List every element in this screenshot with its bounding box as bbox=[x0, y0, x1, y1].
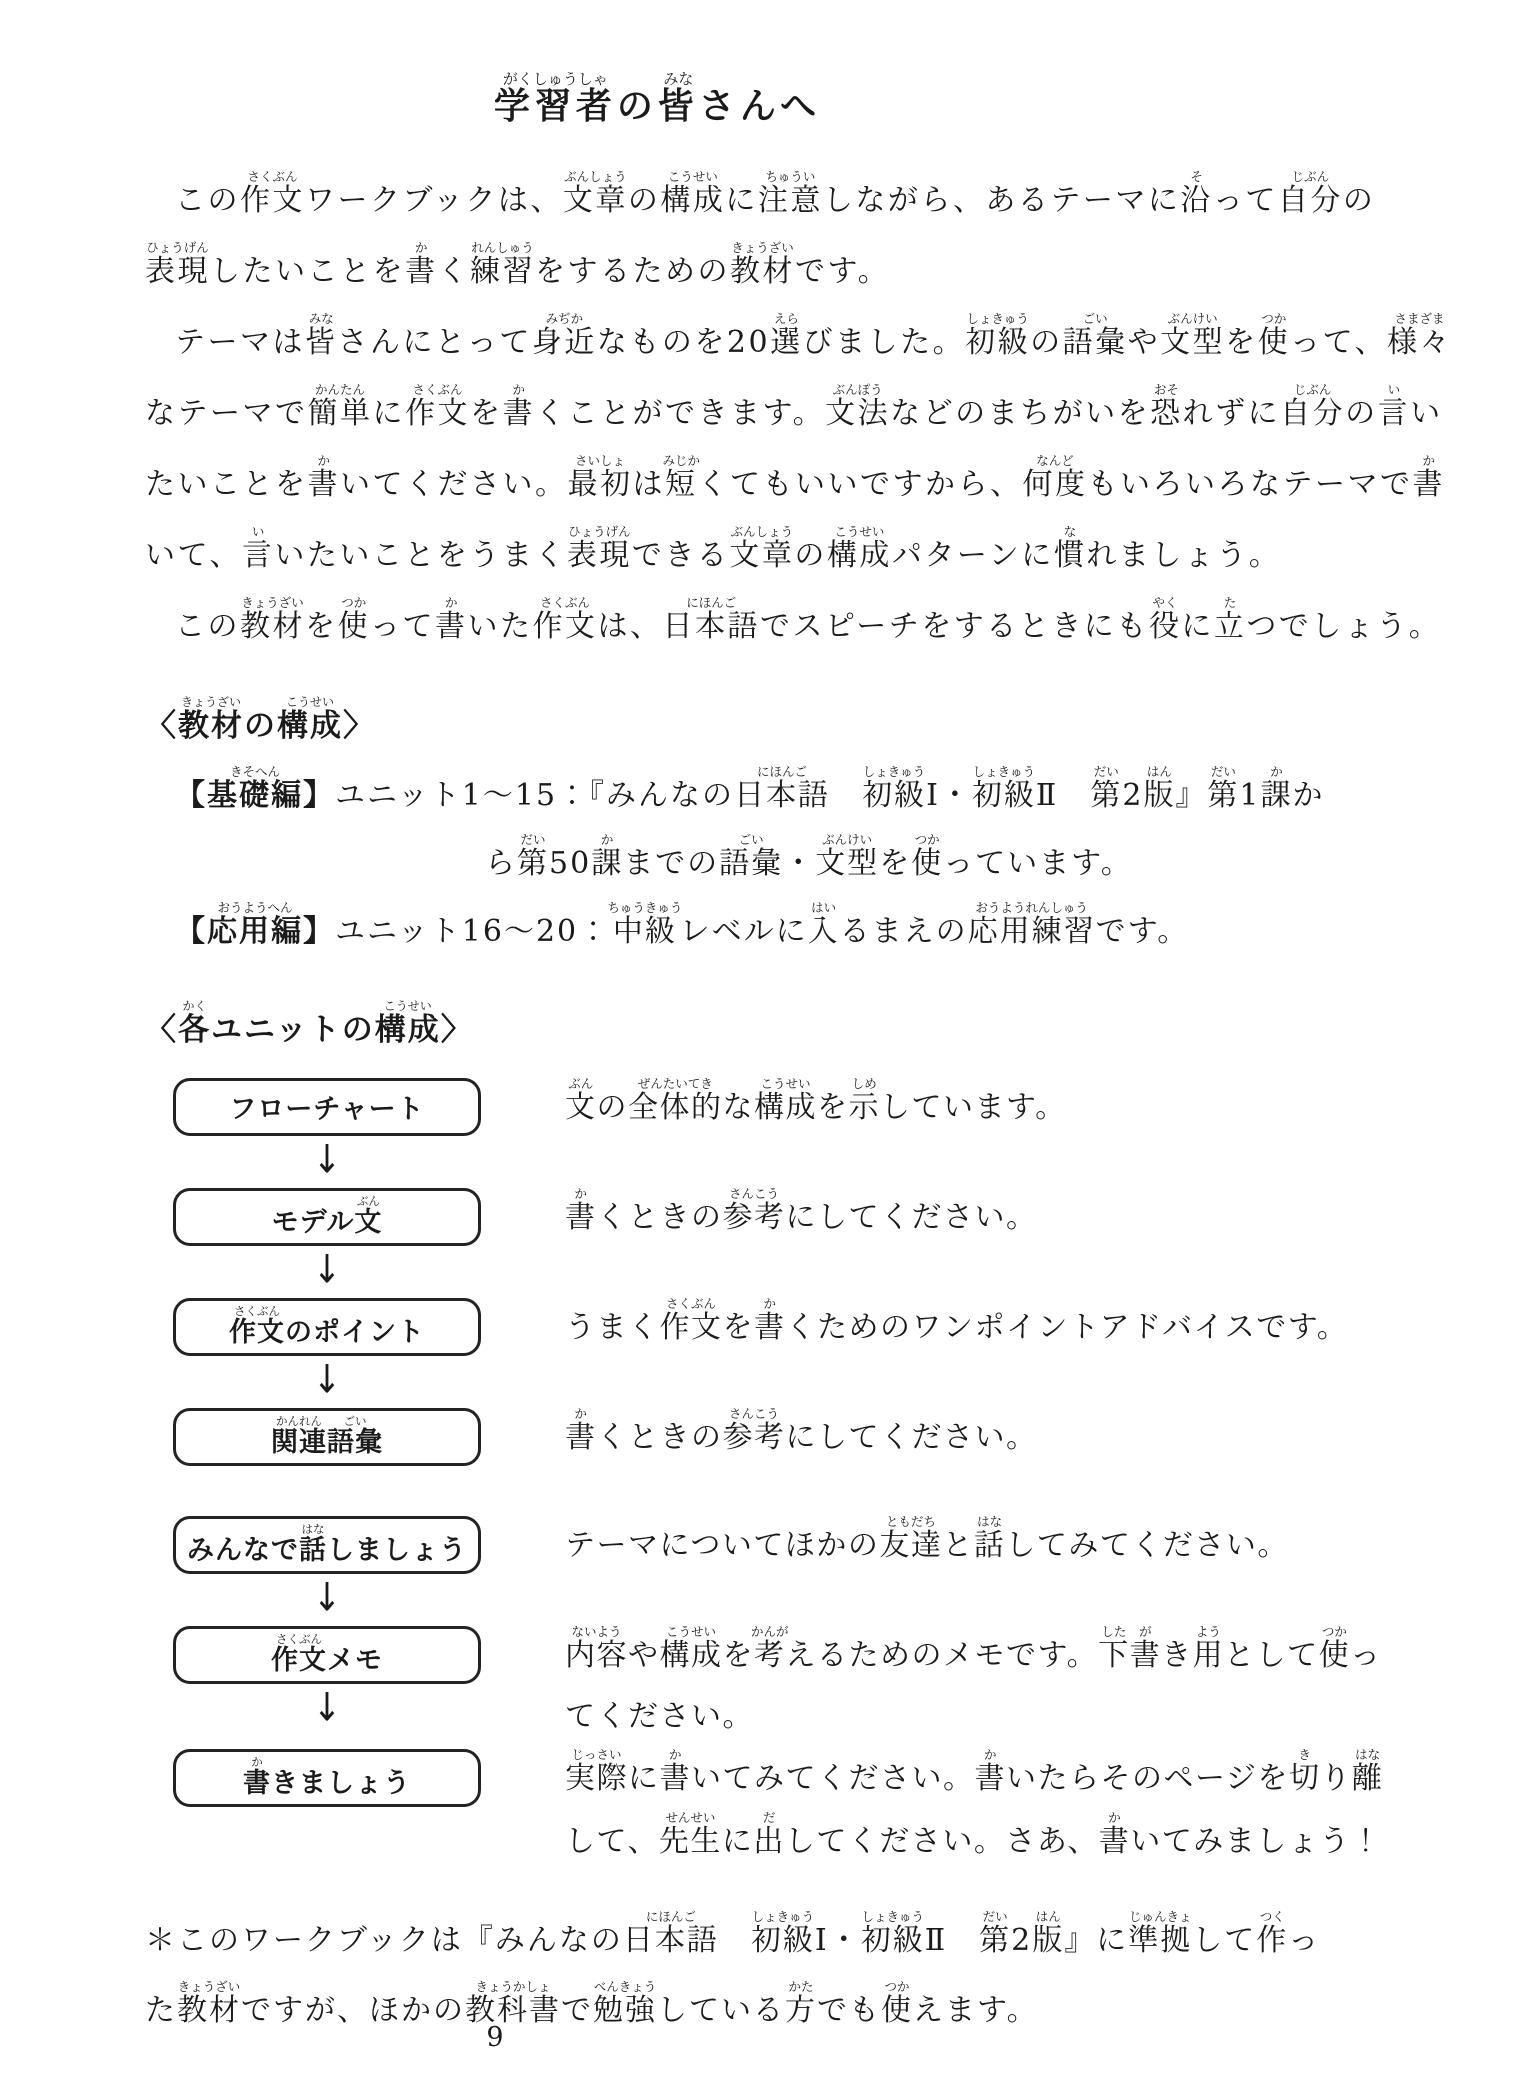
intro-line: たいことを書かいてください。最初さいしょは短みじかくてもいいですから、何度なんど… bbox=[145, 449, 1400, 520]
materials-structure-heading: 〈教材きょうざいの構成こうせい〉 bbox=[145, 690, 1400, 762]
intro-line: この教材きょうざいを使つかって書かいた作文さくぶんは、日本語にほんごでスピーチを… bbox=[145, 591, 1400, 662]
down-arrow-icon: ↓ bbox=[173, 1356, 481, 1407]
materials-applied-line: 【応用編おうようへん】ユニット16〜20：中級ちゅうきゅうレベルに入はいるまえの… bbox=[145, 898, 1400, 966]
flow-box-writing-points: 作文さくぶんのポイント bbox=[173, 1298, 481, 1356]
flow-desc-composition-memo-continuation: てください。 bbox=[565, 1688, 1400, 1745]
flow-box-label: 作文さくぶんのポイント bbox=[229, 1304, 425, 1349]
intro-section: この作文さくぶんワークブックは、文章ぶんしょうの構成こうせいに注意ちゅういしなが… bbox=[145, 165, 1400, 662]
materials-section: 【基礎編きそへん】ユニット1〜15：『みんなの日本語にほんご 初級しょきゅうⅠ・… bbox=[145, 762, 1400, 966]
flow-box-label: モデル文ぶん bbox=[272, 1194, 383, 1239]
intro-line: テーマは皆みなさんにとって身近みぢかなものを20選えらびました。初級しょきゅうの… bbox=[145, 307, 1400, 378]
flow-box-label: 書かきましょう bbox=[243, 1755, 411, 1800]
intro-line: この作文さくぶんワークブックは、文章ぶんしょうの構成こうせいに注意ちゅういしなが… bbox=[145, 165, 1400, 236]
intro-line: なテーマで簡単かんたんに作文さくぶんを書かくことができます。文法ぶんぽうなどのま… bbox=[145, 378, 1400, 449]
flow-box-label: みんなで話はなしましょう bbox=[187, 1522, 467, 1567]
down-arrow-icon: ↓ bbox=[173, 1246, 481, 1297]
footnote-line: ＊このワークブックは『みんなの日本語にほんご 初級しょきゅうⅠ・初級しょきゅうⅡ… bbox=[145, 1906, 1400, 1976]
flow-box-lets-talk: みんなで話はなしましょう bbox=[173, 1516, 481, 1574]
materials-basic-continuation: ら第だい50課かまでの語彙ごい・文型ぶんけいを使つかっています。 bbox=[145, 830, 1400, 898]
flow-box-model-text: モデル文ぶん bbox=[173, 1188, 481, 1246]
flow-desc-flowchart: 文ぶんの全体的ぜんたいてきな構成こうせいを示しめしています。 bbox=[565, 1077, 1400, 1136]
flow-box-label: フローチャート bbox=[229, 1087, 424, 1126]
unit-flowchart: フローチャート 文ぶんの全体的ぜんたいてきな構成こうせいを示しめしています。 ↓… bbox=[145, 1074, 1400, 1870]
flow-box-lets-write: 書かきましょう bbox=[173, 1749, 481, 1807]
materials-basic-line: 【基礎編きそへん】ユニット1〜15：『みんなの日本語にほんご 初級しょきゅうⅠ・… bbox=[145, 762, 1400, 830]
flow-desc-model-text: 書かくときの参考さんこうにしてください。 bbox=[565, 1187, 1400, 1246]
unit-structure-heading: 〈各かくユニットの構成こうせい〉 bbox=[145, 994, 1400, 1066]
flow-box-related-vocabulary: 関連かんれん語彙ごい bbox=[173, 1408, 481, 1466]
flow-desc-composition-memo: 内容ないようや構成こうせいを考かんがえるためのメモです。下した書がき用ようとして… bbox=[565, 1625, 1400, 1684]
down-arrow-icon: ↓ bbox=[173, 1574, 481, 1625]
intro-line: 表現ひょうげんしたいことを書かく練習れんしゅうをするための教材きょうざいです。 bbox=[145, 236, 1400, 307]
footnote: ＊このワークブックは『みんなの日本語にほんご 初級しょきゅうⅠ・初級しょきゅうⅡ… bbox=[145, 1906, 1400, 2046]
flow-box-composition-memo: 作文さくぶんメモ bbox=[173, 1626, 481, 1684]
down-arrow-icon: ↓ bbox=[173, 1136, 481, 1187]
flow-box-label: 関連かんれん語彙ごい bbox=[271, 1414, 383, 1459]
footnote-line: た教材きょうざいですが、ほかの教科書きょうかしょで勉強べんきょうしている方かたで… bbox=[145, 1976, 1400, 2046]
flow-desc-related-vocabulary: 書かくときの参考さんこうにしてください。 bbox=[565, 1407, 1400, 1466]
page-title: 学習者がくしゅうしゃの皆みなさんへ bbox=[30, 70, 1285, 135]
page-number: 9 bbox=[450, 2022, 540, 2053]
flow-box-flowchart: フローチャート bbox=[173, 1078, 481, 1136]
flow-desc-writing-points: うまく作文さくぶんを書かくためのワンポイントアドバイスです。 bbox=[565, 1297, 1400, 1356]
flow-gap bbox=[145, 1470, 1400, 1512]
flow-desc-lets-write: 実際じっさいに書かいてみてください。書かいたらそのページを切きり離はな bbox=[565, 1748, 1400, 1807]
flow-box-label: 作文さくぶんメモ bbox=[271, 1632, 383, 1677]
down-arrow-icon: ↓ bbox=[173, 1684, 481, 1735]
flow-desc-lets-write-continuation: して、先生せんせいに出だしてください。さあ、書かいてみましょう！ bbox=[565, 1811, 1400, 1870]
document-page: 学習者がくしゅうしゃの皆みなさんへ この作文さくぶんワークブックは、文章ぶんしょ… bbox=[0, 0, 1520, 2095]
flow-desc-lets-talk: テーマについてほかの友達ともだちと話はなしてみてください。 bbox=[565, 1515, 1400, 1574]
intro-line: いて、言いいたいことをうまく表現ひょうげんできる文章ぶんしょうの構成こうせいパタ… bbox=[145, 520, 1400, 591]
